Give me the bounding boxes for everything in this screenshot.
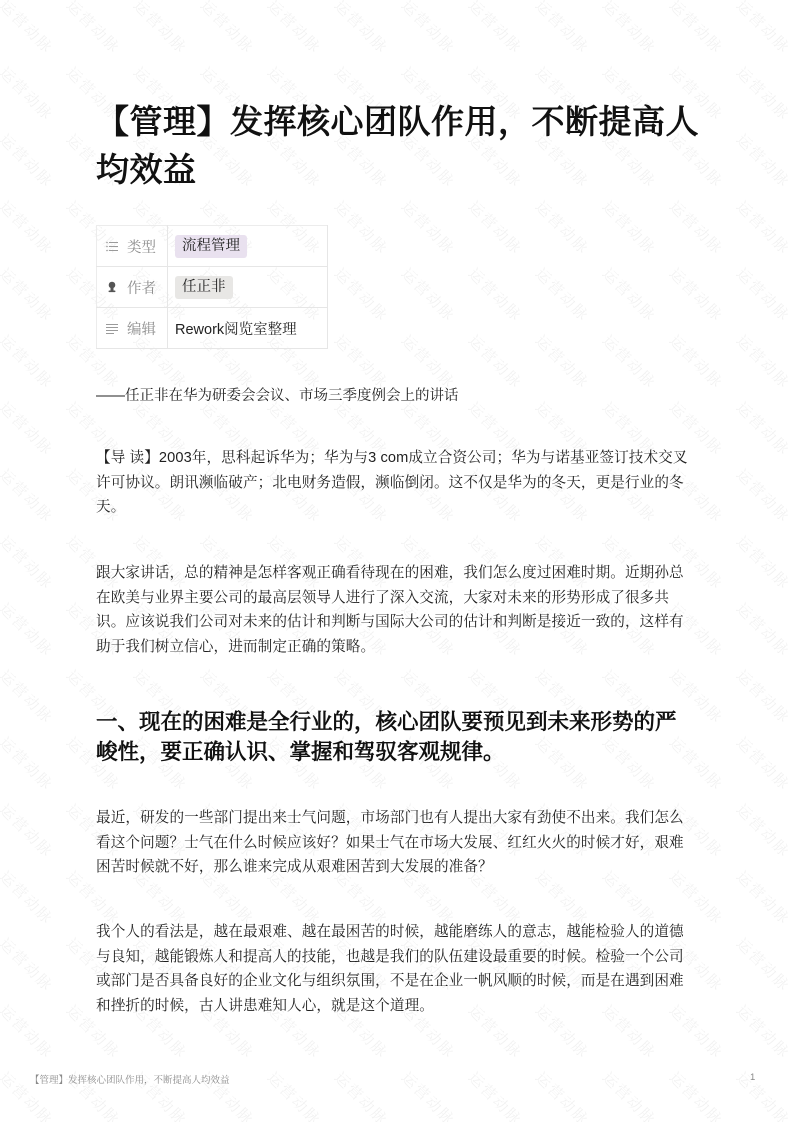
body-paragraph-2: 最近，研发的一些部门提出来士气问题，市场部门也有人提出大家有劲使不出来。我们怎么… xyxy=(96,806,696,880)
body-paragraph-3: 我个人的看法是，越在最艰难、越在最困苦的时候，越能磨练人的意志，越能检验人的道德… xyxy=(96,920,696,1018)
property-row-type: 类型 流程管理 xyxy=(97,226,328,267)
category-tag[interactable]: 流程管理 xyxy=(175,235,247,258)
list-icon xyxy=(105,239,119,253)
footer-doc-title: 【管理】发挥核心团队作用，不断提高人均效益 xyxy=(30,1072,230,1086)
document-title: 【管理】发挥核心团队作用，不断提高人均效益 xyxy=(96,98,706,194)
property-key: 类型 xyxy=(127,236,156,257)
person-icon xyxy=(105,280,119,294)
property-row-editor: 编辑 Rework阅览室整理 xyxy=(97,308,328,349)
author-tag[interactable]: 任正非 xyxy=(175,276,233,299)
footer-page-number: 1 xyxy=(750,1072,755,1083)
intro-paragraph: 【导 读】2003年，思科起诉华为；华为与3 com成立合资公司；华为与诺基亚签… xyxy=(96,446,696,520)
section-heading-1: 一、现在的困难是全行业的，核心团队要预见到未来形势的严峻性，要正确认识、掌握和驾… xyxy=(96,707,696,767)
editor-value: Rework阅览室整理 xyxy=(175,322,297,338)
property-key: 作者 xyxy=(127,277,156,298)
property-row-author: 作者 任正非 xyxy=(97,267,328,308)
source-line: ——任正非在华为研委会会议、市场三季度例会上的讲话 xyxy=(96,384,459,405)
document-page: 【管理】发挥核心团队作用，不断提高人均效益 类型 流程管理 xyxy=(0,0,793,1122)
property-key: 编辑 xyxy=(127,318,156,339)
text-lines-icon xyxy=(105,321,119,335)
properties-table: 类型 流程管理 作者 任正非 xyxy=(96,225,328,349)
body-paragraph-1: 跟大家讲话，总的精神是怎样客观正确看待现在的困难，我们怎么度过困难时期。近期孙总… xyxy=(96,561,696,659)
